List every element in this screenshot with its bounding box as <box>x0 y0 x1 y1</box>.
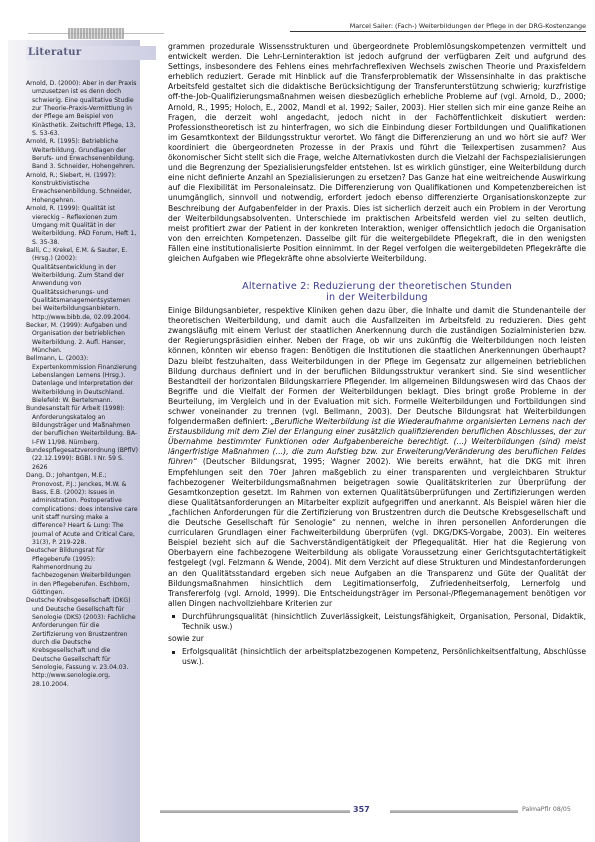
reference-item: Balli, C.; Krekel, E.M. & Sauter, E. (Hr… <box>26 247 138 322</box>
reference-item: Deutscher Bildungsrat für Pflegeberufe (… <box>26 547 138 597</box>
reference-item: Arnold, D. (2000): Aber in der Praxis um… <box>26 80 138 138</box>
reference-item: Arnold, R. (1999): Qualität ist vierecki… <box>26 205 138 247</box>
reference-list: Arnold, D. (2000): Aber in der Praxis um… <box>26 80 138 689</box>
page-footer: 357 PalmaPflr 08/05 <box>160 805 590 817</box>
body-paragraph: Einige Bildungsanbieter, respektive Klin… <box>168 306 586 609</box>
footer-rule-left <box>160 810 350 813</box>
criteria-list: Durchführungsqualität (hinsichtlich Zuve… <box>168 612 586 632</box>
bullet-item: Durchführungsqualität (hinsichtlich Zuve… <box>168 612 586 632</box>
criteria-list: Erfolgsqualität (hinsichtlich der arbeit… <box>168 647 586 667</box>
reference-item: Dang, D.; Johantgen, M.E.; Pronovost, P.… <box>26 472 138 547</box>
section-heading-line-1: Alternative 2: Reduzierung der theoretis… <box>168 281 586 292</box>
logo-mark <box>68 28 124 39</box>
connector-text: sowie zur <box>168 634 586 644</box>
sidebar-title: Literatur <box>26 46 156 60</box>
paragraph-text: (Deutscher Bildungsrat, 1995; Wagner 200… <box>168 457 586 607</box>
body-paragraph: grammen prozedurale Wissensstrukturen un… <box>168 42 586 264</box>
bullet-item: Erfolgsqualität (hinsichtlich der arbeit… <box>168 647 586 667</box>
journal-logo-icon <box>28 27 164 41</box>
page-number: 357 <box>353 805 370 814</box>
section-heading-line-2: in der Weiterbildung <box>168 292 586 303</box>
main-body-text: grammen prozedurale Wissensstrukturen un… <box>168 42 586 669</box>
reference-item: Becker, M. (1999): Aufgaben und Organisa… <box>26 322 138 355</box>
reference-item: Deutsche Krebsgesellschaft (DKG) und Deu… <box>26 597 138 689</box>
reference-item: Arnold, R.; Siebert, H. (1997): Konstruk… <box>26 172 138 205</box>
reference-item: Bundespflegesatzverordnung (BPflV) (22.1… <box>26 447 138 472</box>
paragraph-text: Einige Bildungsanbieter, respektive Klin… <box>168 306 586 426</box>
section-heading: Alternative 2: Reduzierung der theoretis… <box>168 281 586 303</box>
reference-item: Bellmann, L. (2003): Expertenkommission … <box>26 355 138 405</box>
running-head: Marcel Sailer: (Fach-) Weiterbildungen d… <box>290 22 586 32</box>
issue-label: PalmaPflr 08/05 <box>522 806 571 813</box>
reference-item: Arnold, R. (1995): Betriebliche Weiterbi… <box>26 138 138 171</box>
footer-rule-right <box>390 810 518 813</box>
reference-item: Bundesanstalt für Arbeit (1998): Anforde… <box>26 405 138 447</box>
